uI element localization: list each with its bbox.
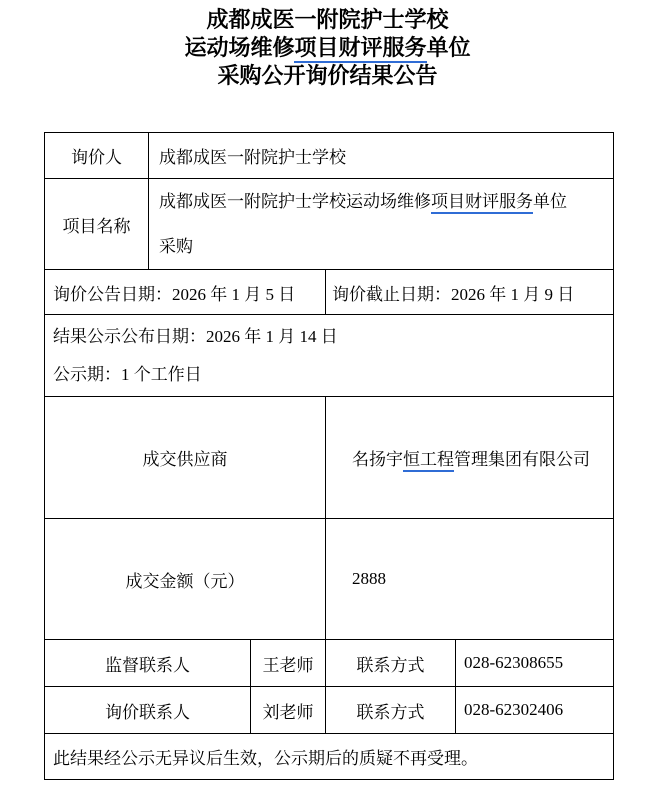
row-amount: 成交金额（元） 2888: [45, 519, 614, 640]
page-title-line-2: 运动场维修项目财评服务单位: [0, 34, 655, 62]
project-name-underlined-segment: 项目财评服务: [431, 192, 533, 214]
amount-label-cell: 成交金额（元）: [45, 519, 326, 640]
row-supervisor-contact: 监督联系人 王老师 联系方式 028-62308655: [45, 640, 614, 687]
title-line2-underlined-segment: 项目财评服务: [294, 35, 426, 63]
page-title-line-1: 成都成医一附院护士学校: [0, 6, 655, 34]
project-name-post: 单位: [533, 192, 567, 211]
publicity-period: 公示期：1 个工作日: [53, 365, 202, 384]
row-dates: 询价公告日期：2026 年 1 月 5 日 询价截止日期：2026 年 1 月 …: [45, 270, 614, 315]
result-announcement-table: 询价人 成都成医一附院护士学校 项目名称 成都成医一附院护士学校运动场维修项目财…: [44, 132, 614, 780]
page-title-line-3: 采购公开询价结果公告: [0, 62, 655, 90]
supplier-value-cell: 名扬宇恒工程管理集团有限公司: [326, 397, 614, 519]
document-page: 成都成医一附院护士学校 运动场维修项目财评服务单位 采购公开询价结果公告 询价人…: [0, 0, 655, 788]
supervisor-name-cell: 王老师: [251, 640, 326, 687]
supervisor-contact-label-cell: 联系方式: [326, 640, 456, 687]
title-line2-pre: 运动场维修: [184, 35, 294, 60]
supplier-name-underlined-segment: 恒工程: [403, 450, 454, 472]
deadline-date-cell: 询价截止日期：2026 年 1 月 9 日: [326, 270, 614, 315]
project-name-line2: 采购: [159, 237, 193, 256]
project-value-cell: 成都成医一附院护士学校运动场维修项目财评服务单位采购: [149, 179, 614, 270]
inquirer-value-cell: 成都成医一附院护士学校: [149, 133, 614, 179]
inquiry-contact-label-cell: 询价联系人: [45, 687, 251, 734]
supervisor-phone-cell: 028-62308655: [456, 640, 614, 687]
inquiry-phone-cell: 028-62302406: [456, 687, 614, 734]
supplier-name-pre: 名扬宇: [352, 450, 403, 469]
supervisor-label-cell: 监督联系人: [45, 640, 251, 687]
inquiry-contact-name-cell: 刘老师: [251, 687, 326, 734]
row-supplier: 成交供应商 名扬宇恒工程管理集团有限公司: [45, 397, 614, 519]
note-cell: 此结果经公示无异议后生效，公示期后的质疑不再受理。: [45, 734, 614, 780]
publicity-cell: 结果公示公布日期：2026 年 1 月 14 日公示期：1 个工作日: [45, 315, 614, 397]
supplier-name-post: 管理集团有限公司: [454, 450, 590, 469]
result-publish-date: 结果公示公布日期：2026 年 1 月 14 日: [53, 327, 338, 346]
row-note: 此结果经公示无异议后生效，公示期后的质疑不再受理。: [45, 734, 614, 780]
project-label-cell: 项目名称: [45, 179, 149, 270]
row-inquiry-contact: 询价联系人 刘老师 联系方式 028-62302406: [45, 687, 614, 734]
title-line2-post: 单位: [427, 35, 471, 60]
page-title: 成都成医一附院护士学校 运动场维修项目财评服务单位 采购公开询价结果公告: [0, 0, 655, 90]
amount-value-cell: 2888: [326, 519, 614, 640]
project-name-pre: 成都成医一附院护士学校运动场维修: [159, 192, 431, 211]
row-publicity: 结果公示公布日期：2026 年 1 月 14 日公示期：1 个工作日: [45, 315, 614, 397]
announce-date-cell: 询价公告日期：2026 年 1 月 5 日: [45, 270, 326, 315]
inquirer-label-cell: 询价人: [45, 133, 149, 179]
supplier-label-cell: 成交供应商: [45, 397, 326, 519]
inquiry-contact-method-label-cell: 联系方式: [326, 687, 456, 734]
row-inquirer: 询价人 成都成医一附院护士学校: [45, 133, 614, 179]
row-project-name: 项目名称 成都成医一附院护士学校运动场维修项目财评服务单位采购: [45, 179, 614, 270]
